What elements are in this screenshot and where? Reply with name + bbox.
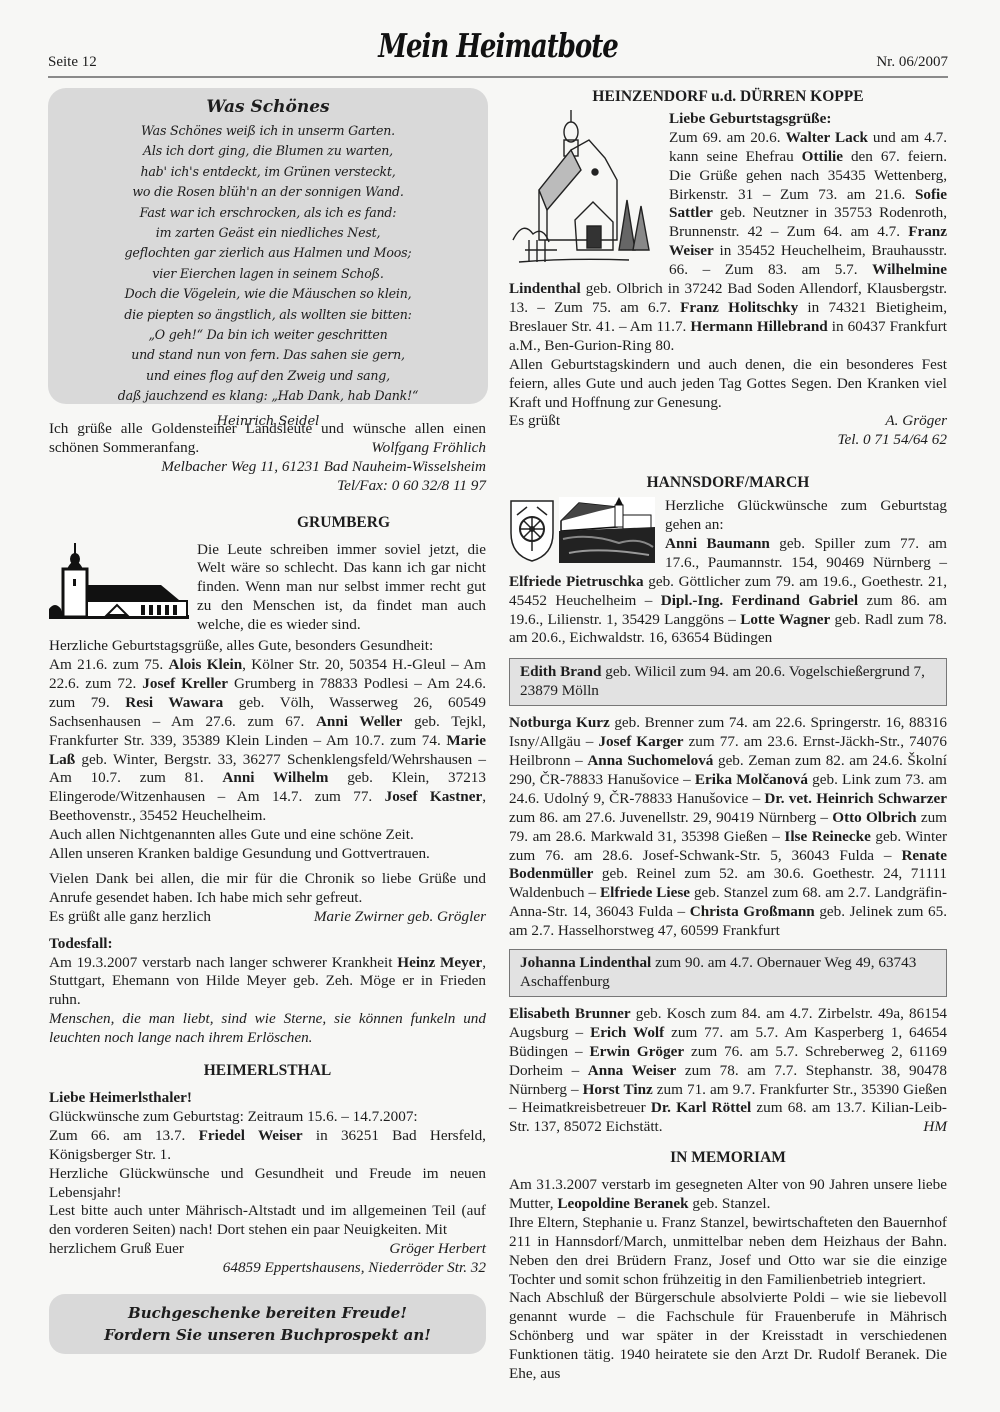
heimerlsthal-signature: Gröger Herbert: [389, 1240, 486, 1259]
poem-line: Als ich dort ging, die Blumen zu warten,: [58, 141, 478, 161]
heimerlsthal-address: 64859 Eppertshausens, Niederröder Str. 3…: [223, 1259, 486, 1276]
page-number: Seite 12: [48, 54, 97, 71]
grumberg-church-image: [49, 543, 189, 619]
heinzendorf-phone: Tel. 0 71 54/64 62: [837, 431, 947, 448]
heimerlsthal-closing: herzlichem Gruß Euer: [49, 1240, 184, 1259]
section-title-grumberg: GRUMBERG: [201, 514, 486, 533]
hannsdorf-birthdays-3: Elisabeth Brunner geb. Kosch zum 84. am …: [509, 1005, 947, 1137]
heinzendorf-chapel-image: [509, 110, 659, 268]
goldenstein-address: Melbacher Weg 11, 61231 Bad Nauheim-Wiss…: [161, 458, 486, 475]
book-promo-box: Buchgeschenke bereiten Freude! Fordern S…: [49, 1294, 486, 1354]
heimerlsthal-note: Lest bitte auch unter Mährisch-Altstadt …: [49, 1202, 486, 1240]
poem-box: Was Schönes Was Schönes weiß ich in unse…: [48, 88, 488, 404]
grumberg-closing: Es grüßt alle ganz herzlich: [49, 908, 211, 927]
poem-lines: Was Schönes weiß ich in unserm Garten. A…: [58, 121, 478, 407]
death-quote: Menschen, die man liebt, sind wie Sterne…: [49, 1010, 486, 1046]
goldenstein-text: Ich grüße alle Goldensteiner Landsleute …: [49, 420, 486, 439]
page-header: Seite 12 Mein Heimatbote Nr. 06/2007: [48, 30, 948, 78]
highlight-box-edith-brand: Edith Brand geb. Wilicil zum 94. am 20.6…: [509, 658, 947, 706]
poem-line: und stand nun von fern. Das sahen sie ge…: [58, 345, 478, 365]
chapel-icon: [509, 110, 659, 268]
grumberg-thanks: Vielen Dank bei allen, die mir für die C…: [49, 870, 486, 908]
memoriam-p3: Nach Abschluß der Bürgerschule absolvier…: [509, 1289, 947, 1384]
highlight-box-johanna-lindenthal: Johanna Lindenthal zum 90. am 4.7. Obern…: [509, 949, 947, 997]
town-image: [559, 497, 655, 563]
poem-line: hab' ich's entdeckt, im Grünen versteckt…: [58, 162, 478, 182]
heinzendorf-closing: Es grüßt: [509, 412, 560, 431]
poem-line: und eines flog auf den Zweig und sang,: [58, 366, 478, 386]
hannsdorf-signature: HM: [923, 1118, 947, 1135]
promo-line-1: Buchgeschenke bereiten Freude!: [128, 1302, 407, 1324]
death-title: Todesfall:: [49, 935, 113, 952]
grumberg-birthdays: Am 21.6. zum 75. Alois Klein, Kölner Str…: [49, 656, 486, 826]
poem-line: Doch die Vögelein, wie die Mäuschen so k…: [58, 284, 478, 304]
grumberg-signature: Marie Zwirner geb. Grögler: [314, 908, 486, 927]
memoriam-p2: Ihre Eltern, Stephanie u. Franz Stanzel,…: [509, 1214, 947, 1290]
poem-line: die piepten so ängstlich, als wollten si…: [58, 305, 478, 325]
poem-line: „O geh!“ Da bin ich weiter geschritten: [58, 325, 478, 345]
masthead-logo: Mein Heimatbote: [378, 28, 618, 66]
heimerlsthal-wish: Herzliche Glückwünsche und Gesundheit un…: [49, 1165, 486, 1203]
poem-line: vier Eierchen lagen in seinem Schoß.: [58, 264, 478, 284]
grumberg-greeting: Herzliche Geburtstagsgrüße, alles Gute, …: [49, 637, 486, 656]
hannsdorf-birthdays-2: Notburga Kurz geb. Brenner zum 74. am 22…: [509, 714, 947, 941]
poem-title: Was Schönes: [58, 98, 478, 117]
church-icon: [49, 543, 189, 619]
left-column: Was Schönes Was Schönes weiß ich in unse…: [49, 88, 486, 1354]
heimerlsthal-period: Glückwünsche zum Geburtstag: Zeitraum 15…: [49, 1108, 486, 1127]
poem-line: wo die Rosen blüh'n an der sonnigen Wand…: [58, 182, 478, 202]
grumberg-others: Auch allen Nichtgenannten alles Gute und…: [49, 826, 486, 845]
goldenstein-signature: Wolfgang Fröhlich: [371, 439, 486, 458]
goldenstein-phone: Tel/Fax: 0 60 32/8 11 97: [337, 477, 486, 494]
poem-line: daß jauchzend es klang: „Hab Dank, hab D…: [58, 386, 478, 406]
grumberg-sick: Allen unseren Kranken baldige Gesundung …: [49, 845, 486, 864]
heinzendorf-wish: Allen Geburtstagskindern und auch denen,…: [509, 356, 947, 413]
poem-line: Fast war ich erschrocken, als ich es fan…: [58, 203, 478, 223]
heimerlsthal-salutation: Liebe Heimerlsthaler!: [49, 1089, 192, 1106]
poem-line: Was Schönes weiß ich in unserm Garten.: [58, 121, 478, 141]
issue-number: Nr. 06/2007: [876, 54, 948, 71]
death-notice: Am 19.3.2007 verstarb nach langer schwer…: [49, 954, 486, 1011]
section-title-memoriam: IN MEMORIAM: [509, 1149, 947, 1168]
heimerlsthal-entry: Zum 66. am 13.7. Friedel Weiser in 36251…: [49, 1127, 486, 1165]
heinzendorf-greeting: Liebe Geburtstagsgrüße:: [669, 110, 831, 127]
section-title-hannsdorf: HANNSDORF/MARCH: [509, 474, 947, 493]
section-title-heimerlsthal: HEIMERLSTHAL: [49, 1062, 486, 1081]
poem-line: im zarten Geäst ein niedliches Nest,: [58, 223, 478, 243]
memoriam-p1: Am 31.3.2007 verstarb im gesegneten Alte…: [509, 1176, 947, 1214]
coat-of-arms-icon: [509, 497, 555, 563]
section-title-heinzendorf: HEINZENDORF u.d. DÜRREN KOPPE: [509, 88, 947, 107]
hannsdorf-images: [509, 497, 659, 565]
promo-line-2: Fordern Sie unseren Buchprospekt an!: [104, 1324, 431, 1346]
heinzendorf-signature: A. Gröger: [885, 412, 947, 431]
right-column: HEINZENDORF u.d. DÜRREN KOPPE: [509, 88, 947, 1384]
poem-line: geflochten gar zierlich aus Halmen und M…: [58, 243, 478, 263]
goldenstein-text-2: schönen Sommeranfang.: [49, 439, 199, 458]
